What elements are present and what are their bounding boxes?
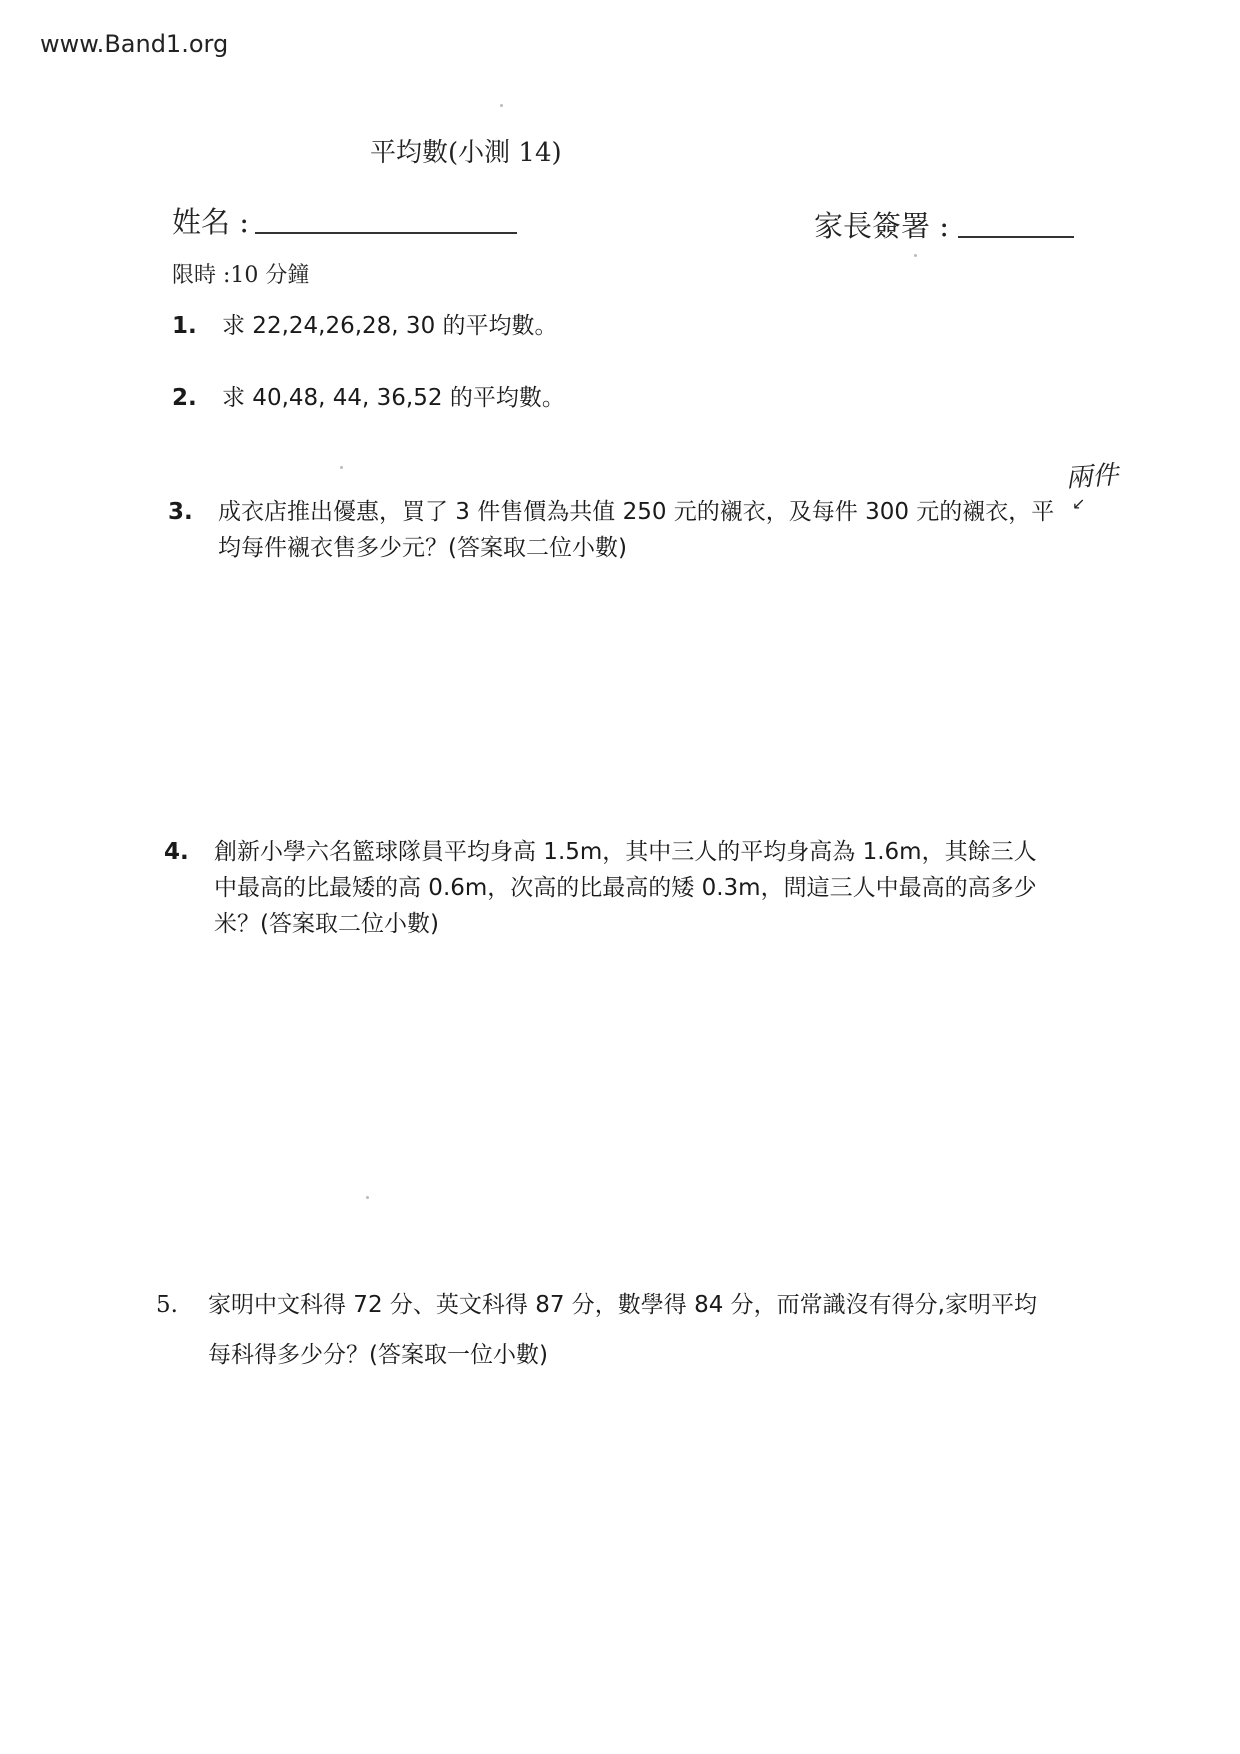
question-text-line-2: 中最高的比最矮的高 0.6m，次高的比最高的矮 0.3m，問這三人中最高的高多少 <box>214 870 1037 906</box>
question-number: 1. <box>172 308 197 344</box>
name-input-line[interactable] <box>255 232 517 234</box>
parent-signature-label: 家長簽署 : <box>814 204 949 245</box>
scan-speck <box>340 466 343 469</box>
scan-speck <box>914 254 917 257</box>
question-text-line-1: 創新小學六名籃球隊員平均身高 1.5m，其中三人的平均身高為 1.6m，其餘三人 <box>214 834 1037 870</box>
question-number: 2. <box>172 380 197 416</box>
question-text-line-2: 每科得多少分？(答案取一位小數) <box>208 1330 548 1380</box>
handwritten-note: 兩件 <box>1065 454 1119 495</box>
watermark-url: www.Band1.org <box>40 30 228 58</box>
worksheet-title: 平均數(小測 14) <box>370 132 562 169</box>
question-number: 5. <box>156 1280 178 1330</box>
name-label: 姓名 : <box>172 200 249 241</box>
question-number: 4. <box>164 834 189 870</box>
insertion-caret-icon: ↙ <box>1072 494 1085 513</box>
question-text: 求 22,24,26,28, 30 的平均數。 <box>222 308 558 344</box>
question-text-line-1: 家明中文科得 72 分、英文科得 87 分，數學得 84 分，而常識沒有得分,家… <box>208 1280 1037 1330</box>
parent-signature-input-line[interactable] <box>958 236 1074 238</box>
question-number: 3. <box>168 494 193 530</box>
question-text-line-3: 米？(答案取二位小數) <box>214 906 439 942</box>
time-limit: 限時 :10 分鐘 <box>172 258 309 289</box>
question-text-line-2: 均每件襯衣售多少元？(答案取二位小數) <box>218 530 627 566</box>
scan-speck <box>366 1196 369 1199</box>
scan-speck <box>500 104 503 107</box>
question-text-line-1: 成衣店推出優惠，買了 3 件售價為共值 250 元的襯衣，及每件 300 元的襯… <box>218 494 1054 530</box>
question-text: 求 40,48, 44, 36,52 的平均數。 <box>222 380 565 416</box>
